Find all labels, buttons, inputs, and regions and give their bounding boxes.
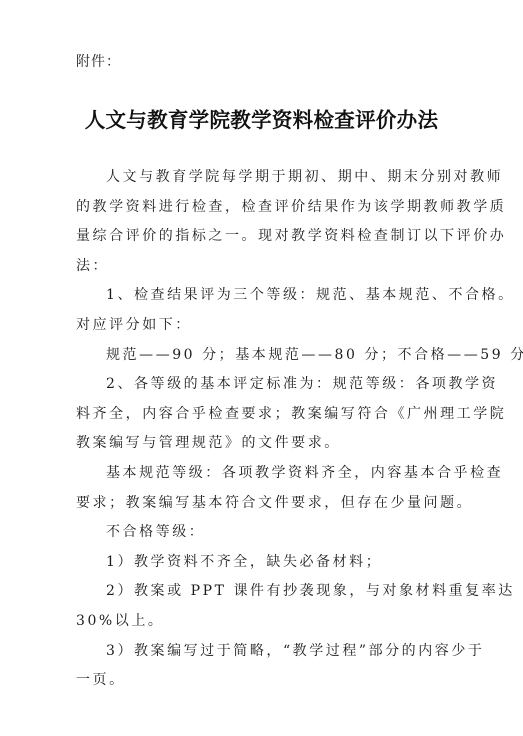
text-line: 1）教学资料不齐全，缺失必备材料； bbox=[76, 548, 462, 578]
text-line: 要求；教案编写基本符合文件要求，但存在少量问题。 bbox=[76, 489, 462, 519]
text-line: 对应评分如下： bbox=[76, 311, 462, 341]
text-line: 的教学资料进行检查，检查评价结果作为该学期教师教学质 bbox=[76, 193, 462, 223]
paragraph-basic-standard: 基本规范等级：各项教学资料齐全，内容基本合乎检查 要求；教案编写基本符合文件要求… bbox=[76, 459, 462, 518]
paragraph-fail-3: 3）教案编写过于简略，“教学过程”部分的内容少于 一页。 bbox=[76, 637, 462, 696]
paragraph-fail-1: 1）教学资料不齐全，缺失必备材料； bbox=[76, 548, 462, 578]
document-page: 附件： 人文与教育学院教学资料检查评价办法 人文与教育学院每学期于期初、期中、期… bbox=[0, 0, 523, 736]
text-line: 基本规范等级：各项教学资料齐全，内容基本合乎检查 bbox=[76, 459, 462, 489]
text-line: 30%以上。 bbox=[76, 607, 462, 637]
text-line: 量综合评价的指标之一。现对教学资料检查制订以下评价办 bbox=[76, 222, 462, 252]
document-title: 人文与教育学院教学资料检查评价办法 bbox=[0, 103, 523, 133]
text-line: 1、检查结果评为三个等级：规范、基本规范、不合格。 bbox=[76, 281, 462, 311]
text-line: 人文与教育学院每学期于期初、期中、期末分别对教师 bbox=[76, 163, 462, 193]
text-line: 规范——90 分；基本规范——80 分；不合格——59 分。 bbox=[76, 341, 462, 371]
text-line: 一页。 bbox=[76, 666, 462, 696]
paragraph-item-2: 2、各等级的基本评定标准为：规范等级：各项教学资 料齐全，内容合乎检查要求；教案… bbox=[76, 370, 462, 459]
text-line: 教案编写与管理规范》的文件要求。 bbox=[76, 429, 462, 459]
text-line: 2）教案或 PPT 课件有抄袭现象，与对象材料重复率达 bbox=[76, 577, 462, 607]
attachment-label: 附件： bbox=[76, 51, 121, 71]
text-line: 2、各等级的基本评定标准为：规范等级：各项教学资 bbox=[76, 370, 462, 400]
paragraph-fail-2: 2）教案或 PPT 课件有抄袭现象，与对象材料重复率达 30%以上。 bbox=[76, 577, 462, 636]
text-line: 不合格等级： bbox=[76, 518, 462, 548]
text-line: 3）教案编写过于简略，“教学过程”部分的内容少于 bbox=[76, 637, 462, 667]
paragraph-scores: 规范——90 分；基本规范——80 分；不合格——59 分。 bbox=[76, 341, 462, 371]
paragraph-fail-heading: 不合格等级： bbox=[76, 518, 462, 548]
paragraph-intro: 人文与教育学院每学期于期初、期中、期末分别对教师 的教学资料进行检查，检查评价结… bbox=[76, 163, 462, 281]
text-line: 料齐全，内容合乎检查要求；教案编写符合《广州理工学院 bbox=[76, 400, 462, 430]
text-line: 法： bbox=[76, 252, 462, 282]
paragraph-item-1: 1、检查结果评为三个等级：规范、基本规范、不合格。 对应评分如下： bbox=[76, 281, 462, 340]
document-body: 人文与教育学院每学期于期初、期中、期末分别对教师 的教学资料进行检查，检查评价结… bbox=[76, 163, 462, 696]
